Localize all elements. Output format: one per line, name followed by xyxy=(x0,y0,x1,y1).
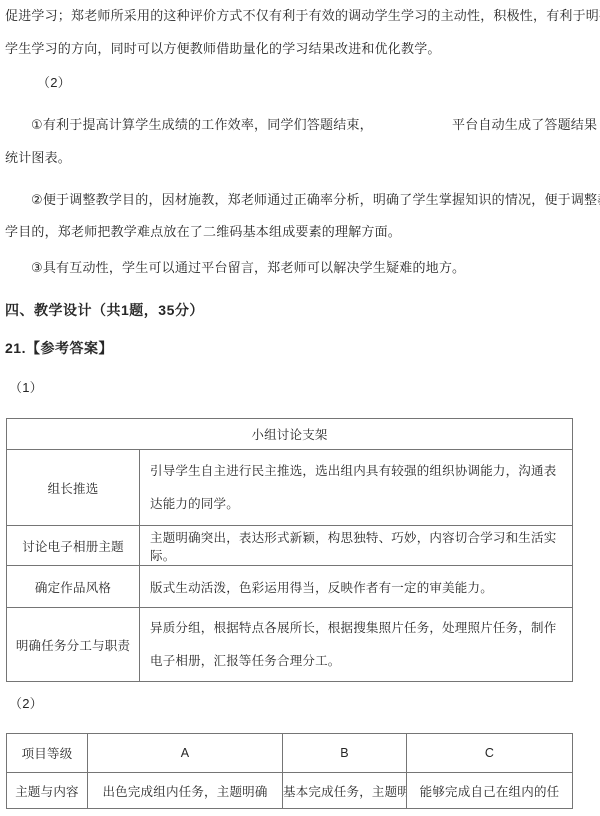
table-row: 确定作品风格 版式生动活泼，色彩运用得当，反映作者有一定的审美能力。 xyxy=(7,566,573,608)
scaffold-table-title: 小组讨论支架 xyxy=(7,419,573,450)
rubric-header-project-level: 项目等级 xyxy=(7,734,88,773)
rubric-header-grade-b: B xyxy=(283,734,407,773)
scaffold-title-row: 小组讨论支架 xyxy=(7,419,573,450)
point1-line-2: 统计图表。 xyxy=(5,149,71,166)
intro-line-1: 促进学习；郑老师所采用的这种评价方式不仅有利于有效的调动学生学习的主动性，积极性… xyxy=(5,7,600,24)
rubric-header-grade-c: C xyxy=(407,734,573,773)
point3-line: ③具有互动性，学生可以通过平台留言，郑老师可以解决学生疑难的地方。 xyxy=(31,259,465,276)
table-row: 讨论电子相册主题 主题明确突出，表达形式新颖，构思独特、巧妙，内容切合学习和生活… xyxy=(7,526,573,566)
scaffold-row4-label: 明确任务分工与职责 xyxy=(7,608,140,682)
point1-text-before-gap: ①有利于提高计算学生成绩的工作效率，同学们答题结束， xyxy=(31,116,373,133)
blank-gap xyxy=(380,116,450,132)
project-rubric-table: 项目等级 A B C 主题与内容 出色完成组内任务，主题明确 基本完成任务，主题… xyxy=(6,733,573,809)
scaffold-row4-content: 异质分组，根据特点各展所长，根据搜集照片任务，处理照片任务，制作电子相册，汇报等… xyxy=(140,608,573,682)
sub2-label: （2） xyxy=(9,695,43,712)
rubric-header-row: 项目等级 A B C xyxy=(7,734,573,773)
rubric-row1-label: 主题与内容 xyxy=(7,773,88,809)
discussion-scaffold-table: 小组讨论支架 组长推选 引导学生自主进行民主推选，选出组内具有较强的组织协调能力… xyxy=(6,418,573,682)
scaffold-row3-label: 确定作品风格 xyxy=(7,566,140,608)
part2-label: （2） xyxy=(37,74,71,91)
sub1-label: （1） xyxy=(9,379,43,396)
table-row: 组长推选 引导学生自主进行民主推选，选出组内具有较强的组织协调能力，沟通表达能力… xyxy=(7,450,573,526)
rubric-row1-grade-a: 出色完成组内任务，主题明确 xyxy=(88,773,283,809)
scaffold-row2-content: 主题明确突出，表达形式新颖，构思独特、巧妙，内容切合学习和生活实际。 xyxy=(140,526,573,566)
point1-text-after-gap: 平台自动生成了答题结果 xyxy=(452,116,597,133)
point2-line-1: ②便于调整教学目的，因材施教，郑老师通过正确率分析，明确了学生掌握知识的情况，便… xyxy=(31,191,600,208)
scaffold-row1-content: 引导学生自主进行民主推选，选出组内具有较强的组织协调能力，沟通表达能力的同学。 xyxy=(140,450,573,526)
rubric-row1-grade-b: 基本完成任务，主题明 xyxy=(283,773,407,809)
answer-document-page: 促进学习；郑老师所采用的这种评价方式不仅有利于有效的调动学生学习的主动性，积极性… xyxy=(0,0,600,816)
rubric-header-grade-a: A xyxy=(88,734,283,773)
scaffold-row3-content: 版式生动活泼，色彩运用得当，反映作者有一定的审美能力。 xyxy=(140,566,573,608)
rubric-row1-grade-c: 能够完成自己在组内的任 xyxy=(407,773,573,809)
point2-line-2: 学目的，郑老师把教学难点放在了二维码基本组成要素的理解方面。 xyxy=(5,223,401,240)
scaffold-row1-label: 组长推选 xyxy=(7,450,140,526)
table-row: 主题与内容 出色完成组内任务，主题明确 基本完成任务，主题明 能够完成自己在组内… xyxy=(7,773,573,809)
q21-answer-heading: 21.【参考答案】 xyxy=(5,340,113,357)
intro-line-2: 学生学习的方向，同时可以方便教师借助量化的学习结果改进和优化教学。 xyxy=(5,40,441,57)
section4-heading: 四、教学设计（共1题，35分） xyxy=(5,302,204,319)
table-row: 明确任务分工与职责 异质分组，根据特点各展所长，根据搜集照片任务，处理照片任务，… xyxy=(7,608,573,682)
scaffold-row2-label: 讨论电子相册主题 xyxy=(7,526,140,566)
